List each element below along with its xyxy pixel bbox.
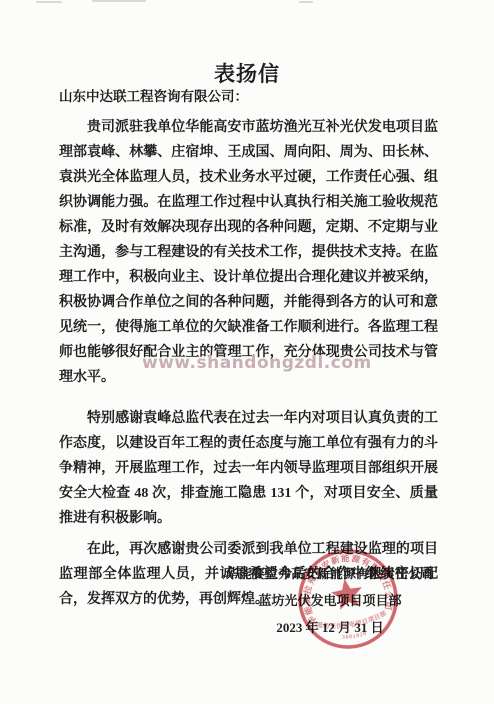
scan-artifact <box>36 1 62 3</box>
signature-company: 华能赛拉弗高安新能源有限责任公司 <box>180 560 480 587</box>
scan-artifact <box>299 1 313 3</box>
body-paragraph: 特别感谢袁峰总监代表在过去一年内对项目认真负责的工作态度，以建设百年工程的责任态… <box>59 406 438 531</box>
body-paragraph: 贵司派驻我单位华能高安市蓝坊渔光互补光伏发电项目监理部袁峰、林攀、庄宿坤、王成国… <box>59 115 438 390</box>
watermark-url: www.shandongzdl.com <box>142 353 372 373</box>
letter-page: 表扬信 山东中达联工程咨询有限公司： 贵司派驻我单位华能高安市蓝坊渔光互补光伏发… <box>0 0 494 704</box>
signature-block: 华能赛拉弗高安新能源有限责任公司 蓝坊光伏发电项目项目部 2023 年 12 月… <box>180 560 480 641</box>
signature-date: 2023 年 12 月 31 日 <box>180 614 480 641</box>
salutation: 山东中达联工程咨询有限公司： <box>59 84 438 109</box>
scan-artifact <box>92 0 146 2</box>
letter-body: 山东中达联工程咨询有限公司： 贵司派驻我单位华能高安市蓝坊渔光互补光伏发电项目监… <box>59 84 438 612</box>
signature-department: 蓝坊光伏发电项目项目部 <box>180 587 480 614</box>
